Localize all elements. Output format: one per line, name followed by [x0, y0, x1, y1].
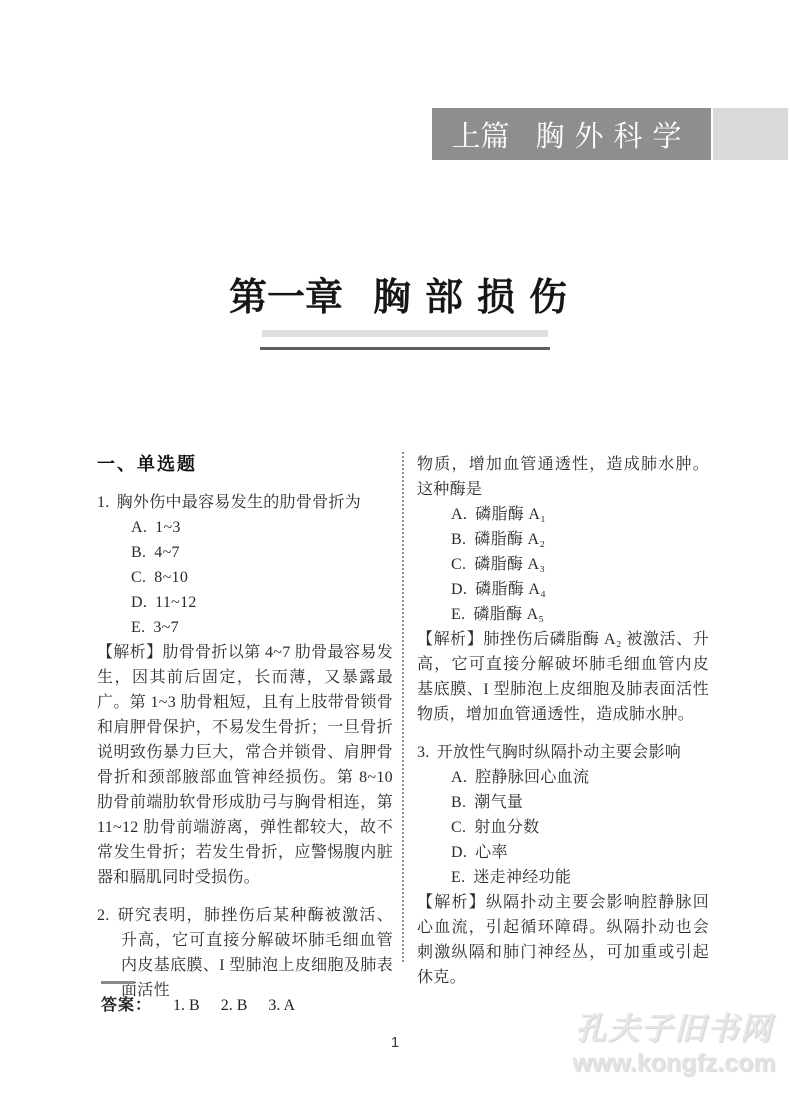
- option-text: 1~3: [155, 519, 181, 536]
- q1-option-b: B.4~7: [97, 540, 393, 565]
- q3-option-e: E.迷走神经功能: [417, 865, 709, 890]
- option-text: 潮气量: [474, 794, 523, 811]
- q1-stem-text: 胸外伤中最容易发生的肋骨骨折为: [117, 494, 362, 511]
- q2-option-b: B.磷脂酶 A₂: [417, 527, 709, 552]
- book-page: 上篇胸外科学 第一章胸部损伤 一、单选题 1.胸外伤中最容易发生的肋骨骨折为 A…: [0, 0, 790, 1093]
- option-label: B.: [451, 794, 466, 811]
- q2-analysis: 【解析】肺挫伤后磷脂酶 A₂ 被激活、升高，它可直接分解破坏肺毛细血管内皮基底膜…: [417, 627, 709, 727]
- option-text: 腔静脉回心血流: [475, 769, 589, 786]
- title-rule-dark: [260, 347, 550, 350]
- chapter-title: 第一章胸部损伤: [20, 266, 790, 321]
- option-label: E.: [131, 619, 145, 636]
- title-rule-light: [262, 330, 548, 337]
- answers-block: 答案：1. B2. B3. A: [101, 981, 295, 1015]
- part-banner-label: 上篇胸外科学: [451, 114, 691, 155]
- part-banner: 上篇胸外科学: [432, 108, 711, 160]
- q1-option-c: C.8~10: [97, 565, 393, 590]
- option-label: D.: [451, 581, 467, 598]
- option-text: 4~7: [154, 544, 180, 561]
- option-text: 8~10: [154, 569, 188, 586]
- q3-option-b: B.潮气量: [417, 790, 709, 815]
- q2-option-e: E.磷脂酶 A₅: [417, 602, 709, 627]
- q3-option-c: C.射血分数: [417, 815, 709, 840]
- option-text: 磷脂酶 A₅: [473, 606, 544, 623]
- analysis-label: 【解析】: [97, 644, 162, 661]
- option-label: E.: [451, 606, 465, 623]
- q3-stem-text: 开放性气胸时纵隔扑动主要会影响: [437, 744, 682, 761]
- q1-number: 1.: [97, 494, 110, 511]
- answer-item-1: 1. B: [173, 997, 200, 1014]
- option-label: D.: [451, 844, 467, 861]
- chapter-number: 第一章: [229, 277, 343, 319]
- option-text: 磷脂酶 A₁: [475, 506, 546, 523]
- option-text: 磷脂酶 A₂: [474, 531, 545, 548]
- option-label: C.: [131, 569, 146, 586]
- column-divider: [402, 452, 404, 962]
- page-number: 1: [0, 1034, 790, 1051]
- option-label: E.: [451, 869, 465, 886]
- option-label: A.: [451, 769, 467, 786]
- option-text: 3~7: [153, 619, 179, 636]
- q3-number: 3.: [417, 744, 430, 761]
- answers-rule: [101, 981, 135, 984]
- chapter-name: 胸部损伤: [373, 277, 581, 319]
- q3-option-d: D.心率: [417, 840, 709, 865]
- answers-label: 答案：: [101, 997, 152, 1014]
- q1-analysis: 【解析】肋骨骨折以第 4~7 肋骨最容易发生，因其前后固定，长而薄，又暴露最广。…: [97, 640, 393, 890]
- right-column: 物质，增加血管通透性，造成肺水肿。这种酶是 A.磷脂酶 A₁ B.磷脂酶 A₂ …: [417, 452, 709, 1003]
- q1-option-e: E.3~7: [97, 615, 393, 640]
- q2-option-d: D.磷脂酶 A₄: [417, 577, 709, 602]
- option-label: C.: [451, 819, 466, 836]
- option-label: A.: [131, 519, 147, 536]
- option-label: B.: [451, 531, 466, 548]
- answer-item-2: 2. B: [221, 997, 248, 1014]
- option-text: 心率: [475, 844, 508, 861]
- analysis-label: 【解析】: [417, 894, 486, 911]
- option-label: A.: [451, 506, 467, 523]
- q1-option-a: A.1~3: [97, 515, 393, 540]
- q2-number: 2.: [97, 907, 110, 924]
- option-label: D.: [131, 594, 147, 611]
- analysis-text: 肋骨骨折以第 4~7 肋骨最容易发生，因其前后固定，长而薄，又暴露最广。第 1~…: [97, 644, 393, 886]
- watermark-site-url: www.kongfz.com: [563, 1049, 785, 1078]
- q3-analysis: 【解析】纵隔扑动主要会影响腔静脉回心血流，引起循环障碍。纵隔扑动也会刺激纵隔和肺…: [417, 890, 709, 990]
- option-label: C.: [451, 556, 466, 573]
- option-text: 射血分数: [474, 819, 539, 836]
- q1-stem: 1.胸外伤中最容易发生的肋骨骨折为: [97, 490, 393, 515]
- q3-stem: 3.开放性气胸时纵隔扑动主要会影响: [417, 740, 709, 765]
- answer-item-3: 3. A: [268, 997, 295, 1014]
- option-text: 磷脂酶 A₃: [474, 556, 545, 573]
- analysis-label: 【解析】: [417, 631, 483, 648]
- q1-option-d: D.11~12: [97, 590, 393, 615]
- q3-option-a: A.腔静脉回心血流: [417, 765, 709, 790]
- part-banner-accent: [713, 108, 788, 160]
- part-subject: 胸外科学: [536, 121, 692, 153]
- option-label: B.: [131, 544, 146, 561]
- part-label: 上篇: [451, 121, 509, 153]
- question-body: 一、单选题 1.胸外伤中最容易发生的肋骨骨折为 A.1~3 B.4~7 C.8~…: [97, 452, 713, 1003]
- q2-option-c: C.磷脂酶 A₃: [417, 552, 709, 577]
- q2-stem-continuation: 物质，增加血管通透性，造成肺水肿。这种酶是: [417, 452, 709, 502]
- option-text: 磷脂酶 A₄: [475, 581, 546, 598]
- option-text: 11~12: [155, 594, 197, 611]
- left-column: 一、单选题 1.胸外伤中最容易发生的肋骨骨折为 A.1~3 B.4~7 C.8~…: [97, 452, 393, 1003]
- option-text: 迷走神经功能: [473, 869, 571, 886]
- section-heading: 一、单选题: [97, 452, 393, 477]
- q2-option-a: A.磷脂酶 A₁: [417, 502, 709, 527]
- answers-row: 答案：1. B2. B3. A: [101, 992, 295, 1015]
